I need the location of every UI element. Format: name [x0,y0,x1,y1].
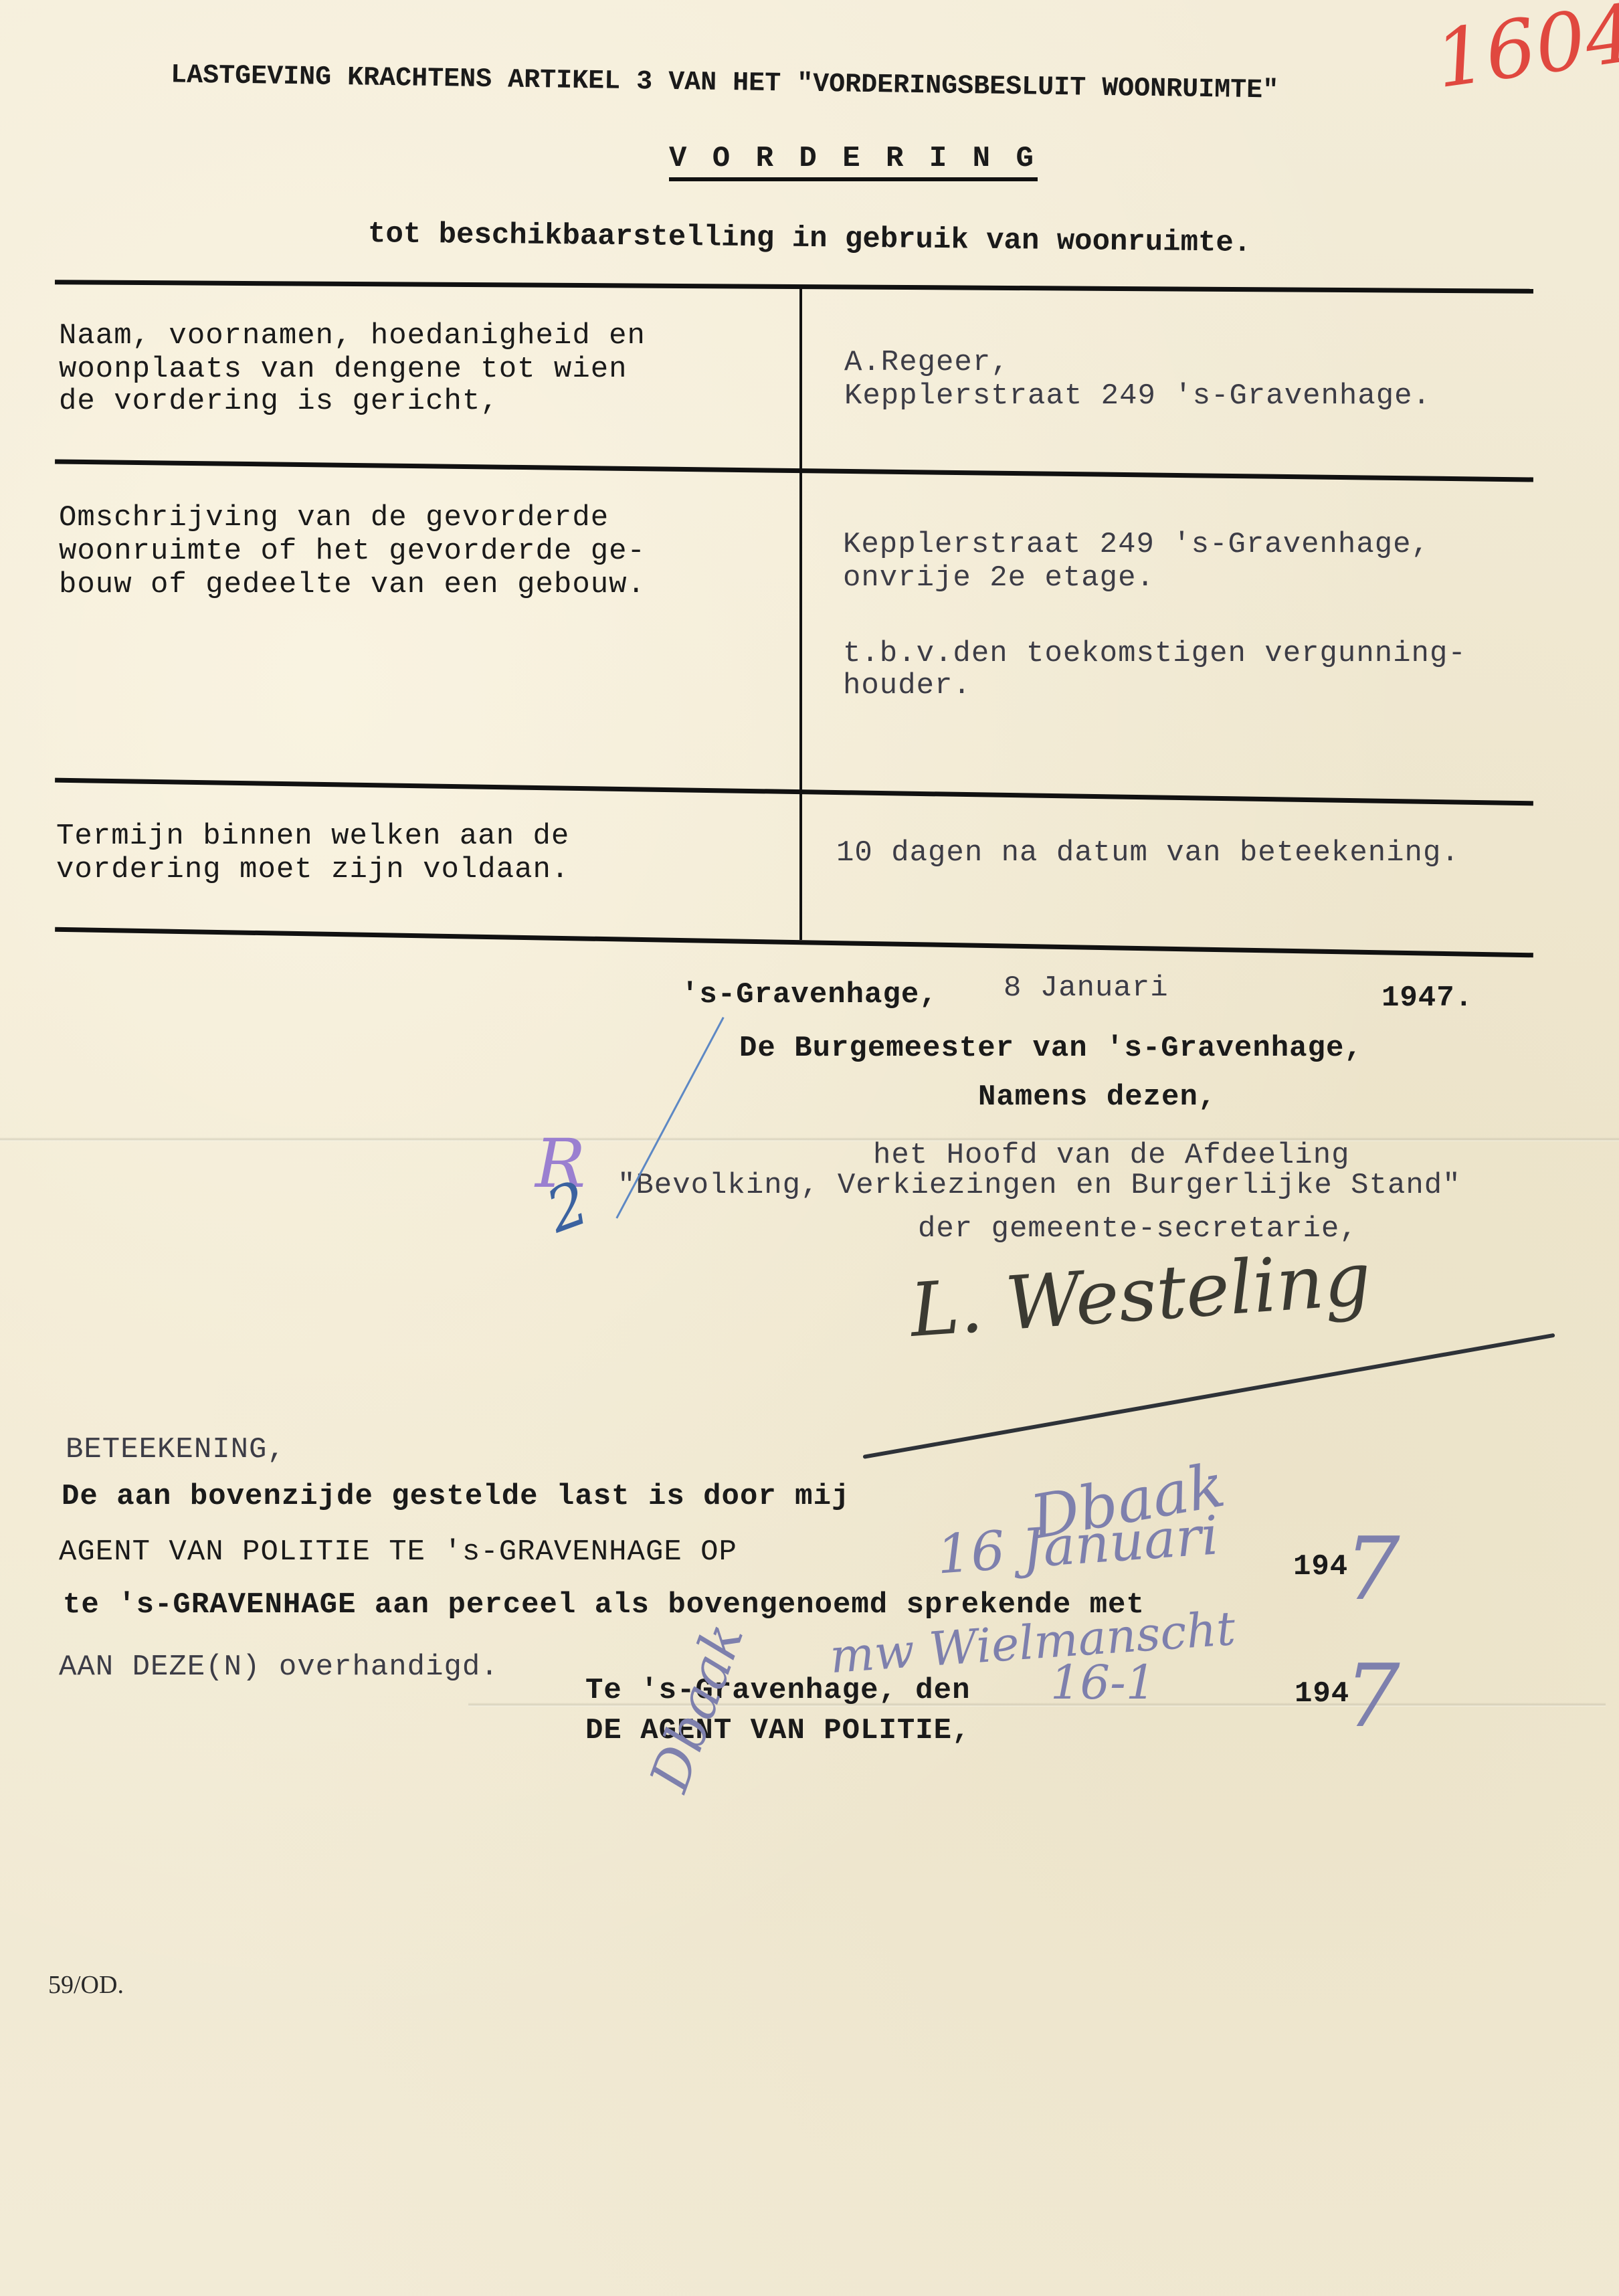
signature-date: 8 Januari [1004,973,1169,1003]
service-line2-year: 194 [1293,1552,1348,1582]
row1-label-line1: Naam, voornamen, hoedanigheid en [59,321,646,351]
service-line4: AAN DEZE(N) overhandigd. [59,1652,499,1682]
row2-label-line1: Omschrijving van de gevorderde [59,503,609,533]
row3-label-line1: Termijn binnen welken aan de [56,822,569,851]
row1-value-line1: A.Regeer, [844,348,1010,377]
row2-value-line5: houder. [843,671,971,700]
row1-value-line2: Kepplerstraat 249 's-Gravenhage. [844,381,1431,411]
row2-label-line3: bouw of gedeelte van een gebouw. [59,570,646,599]
service-heading: BETEEKENING, [66,1435,286,1464]
row2-value-line2: onvrije 2e etage. [843,563,1155,593]
row2-value-line1: Kepplerstraat 249 's-Gravenhage, [843,530,1430,559]
handwritten-year-digit-1: 7 [1345,1525,1400,1612]
signature-place: 's-Gravenhage, [681,980,938,1010]
form-code: 59/OD. [48,1972,124,1998]
signature-year: 1947. [1382,983,1473,1013]
row1-label-line2: woonplaats van dengene tot wien [59,355,628,384]
handwritten-service-date-short: 16-1 [1050,1659,1155,1706]
document-heading: V O R D E R I N G [669,144,1038,181]
on-behalf-line: Namens dezen, [978,1082,1216,1112]
service-line2: AGENT VAN POLITIE TE 's-GRAVENHAGE OP [59,1537,737,1567]
archive-number-annotation: 1604 [1430,0,1619,99]
secretariat-line: der gemeente-secretarie, [918,1214,1358,1244]
row1-label-line3: de vordering is gericht, [59,387,499,416]
service-place-date: Te 's-Gravenhage, den [585,1676,971,1705]
service-officer: DE AGENT VAN POLITIE, [585,1716,971,1745]
service-line1: De aan bovenzijde gestelde last is door … [62,1482,850,1511]
service-line3: te 's-GRAVENHAGE aan perceel als bovenge… [63,1590,1145,1620]
department-name-line: "Bevolking, Verkiezingen en Burgerlijke … [617,1171,1461,1200]
row2-value-line4: t.b.v.den toekomstigen vergunning- [843,639,1466,668]
service-place-year: 194 [1295,1679,1349,1709]
handwritten-year-digit-2: 7 [1345,1652,1400,1739]
row3-value-line1: 10 dagen na datum van beteekening. [836,838,1460,868]
department-head-line: het Hoofd van de Afdeeling [873,1141,1350,1170]
table-column-divider [799,288,802,940]
paper-fold [0,1137,1619,1141]
row3-label-line2: vordering moet zijn voldaan. [56,855,569,884]
mayor-line: De Burgemeester van 's-Gravenhage, [739,1034,1363,1063]
row2-label-line2: woonruimte of het gevorderde ge- [59,537,646,566]
